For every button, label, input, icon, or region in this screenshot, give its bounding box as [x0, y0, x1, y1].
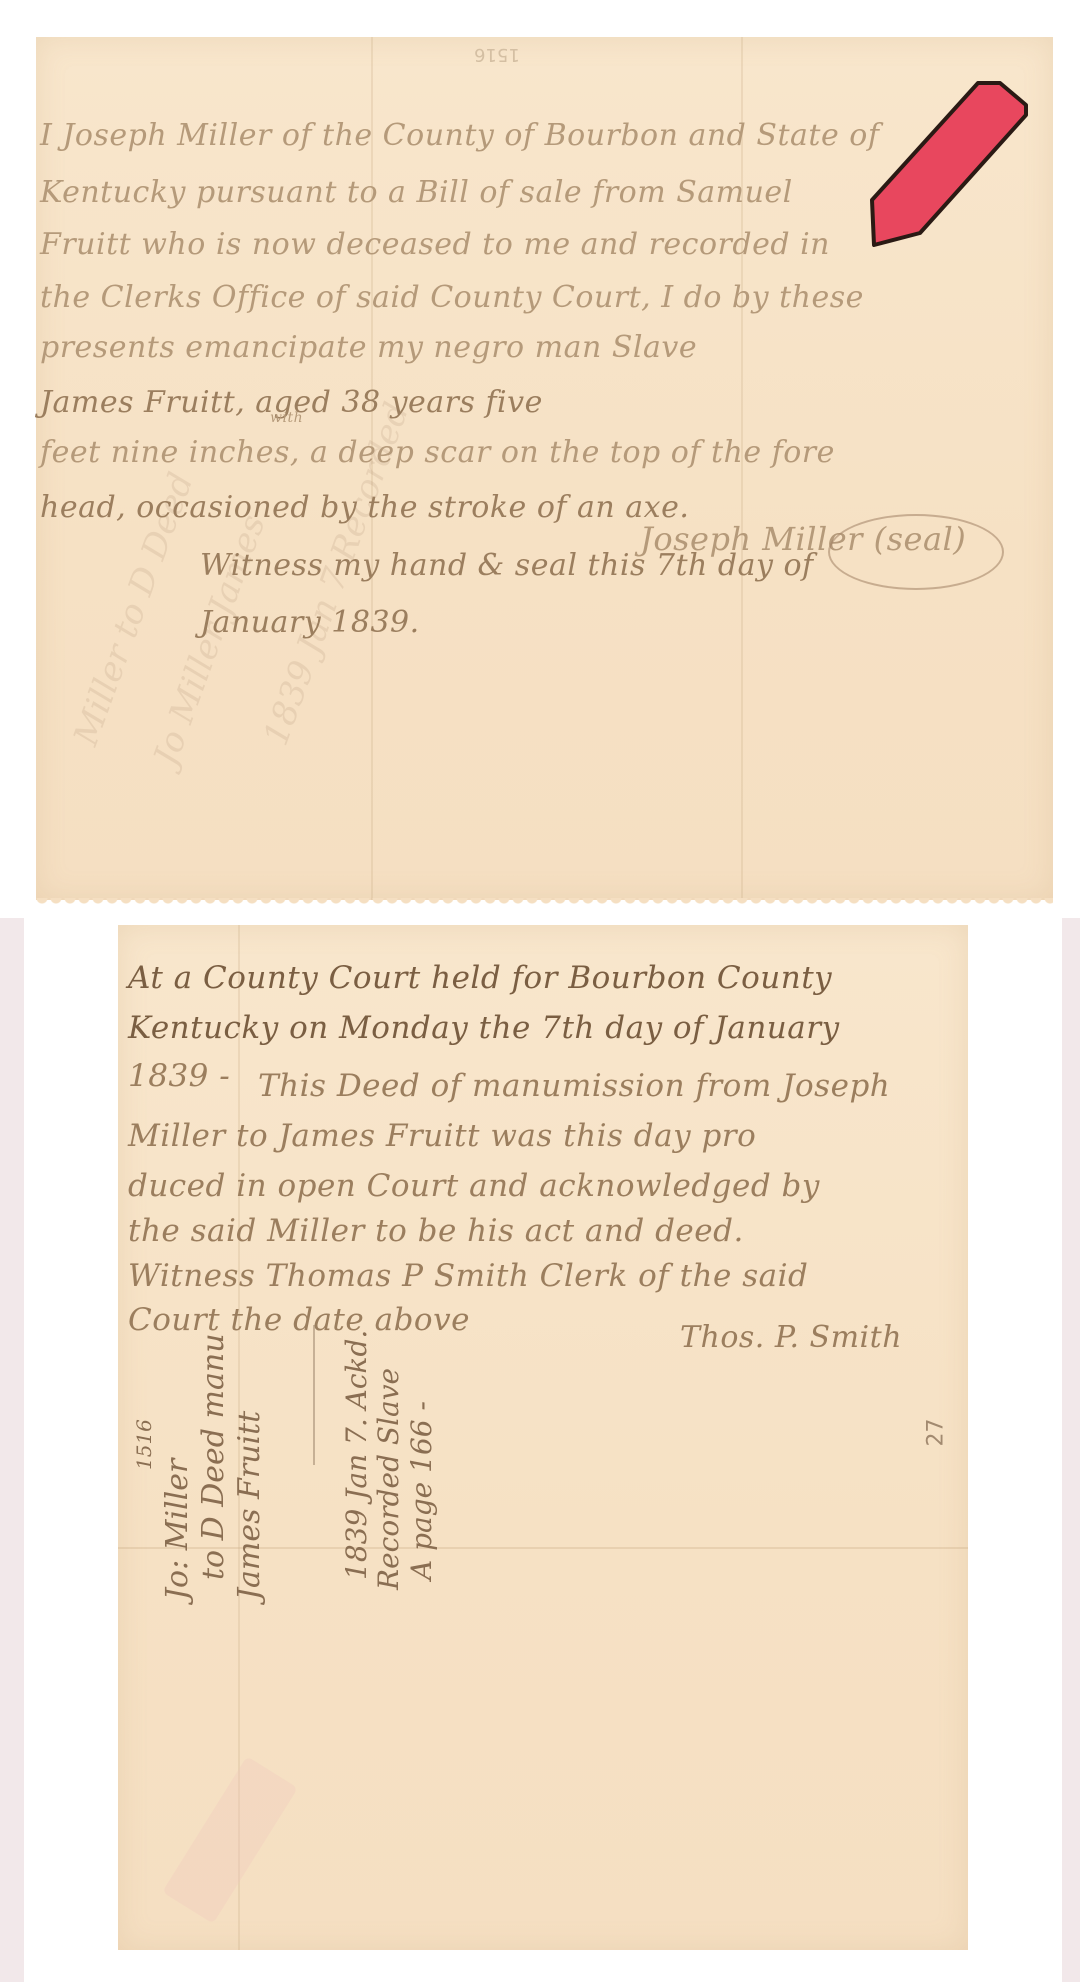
- side-strip-right: [1062, 918, 1080, 1982]
- page-number: 1516: [474, 44, 520, 65]
- docket-line: to D Deed manu: [196, 1333, 231, 1580]
- docket-line: A page 166 -: [405, 1401, 438, 1580]
- margin-number: 27: [924, 1419, 949, 1447]
- docket-line: James Fruitt: [232, 1411, 267, 1600]
- docket-divider: [313, 1325, 315, 1465]
- text-line: Kentucky pursuant to a Bill of sale from…: [40, 175, 793, 210]
- side-strip-left: [0, 918, 24, 1982]
- text-line: head, occasioned by the stroke of an axe…: [40, 490, 689, 525]
- text-line: This Deed of manumission from Joseph: [258, 1068, 890, 1104]
- clerk-signature: Thos. P. Smith: [680, 1320, 902, 1355]
- inserted-word: with: [270, 410, 303, 426]
- date-line: January 1839.: [200, 605, 420, 640]
- text-line: Kentucky on Monday the 7th day of Januar…: [128, 1010, 840, 1046]
- text-line: I Joseph Miller of the County of Bourbon…: [40, 118, 879, 153]
- docket-line: 1839 Jan 7. Ackd.: [340, 1330, 373, 1580]
- text-line: At a County Court held for Bourbon Count…: [128, 960, 832, 996]
- text-line: the Clerks Office of said County Court, …: [40, 280, 864, 315]
- docket-line: Recorded Slave: [372, 1368, 405, 1590]
- text-line: presents emancipate my negro man Slave: [40, 330, 697, 365]
- text-line: duced in open Court and acknowledged by: [128, 1168, 820, 1204]
- text-line: Miller to James Fruitt was this day pro: [128, 1118, 756, 1154]
- red-arrow-tab-icon: [860, 75, 1040, 260]
- docket-number: 1516: [132, 1419, 156, 1470]
- text-line: feet nine inches, a deep scar on the top…: [40, 435, 835, 470]
- text-line: Witness Thomas P Smith Clerk of the said: [128, 1258, 808, 1294]
- text-line: Court the date above: [128, 1302, 470, 1338]
- text-line: 1839 -: [128, 1058, 230, 1094]
- text-line: Fruitt who is now deceased to me and rec…: [40, 227, 830, 262]
- torn-edge: [36, 898, 1053, 906]
- text-line: the said Miller to be his act and deed.: [128, 1213, 744, 1249]
- docket-line: Jo: Miller: [160, 1459, 195, 1600]
- seal-loop: [828, 514, 1004, 590]
